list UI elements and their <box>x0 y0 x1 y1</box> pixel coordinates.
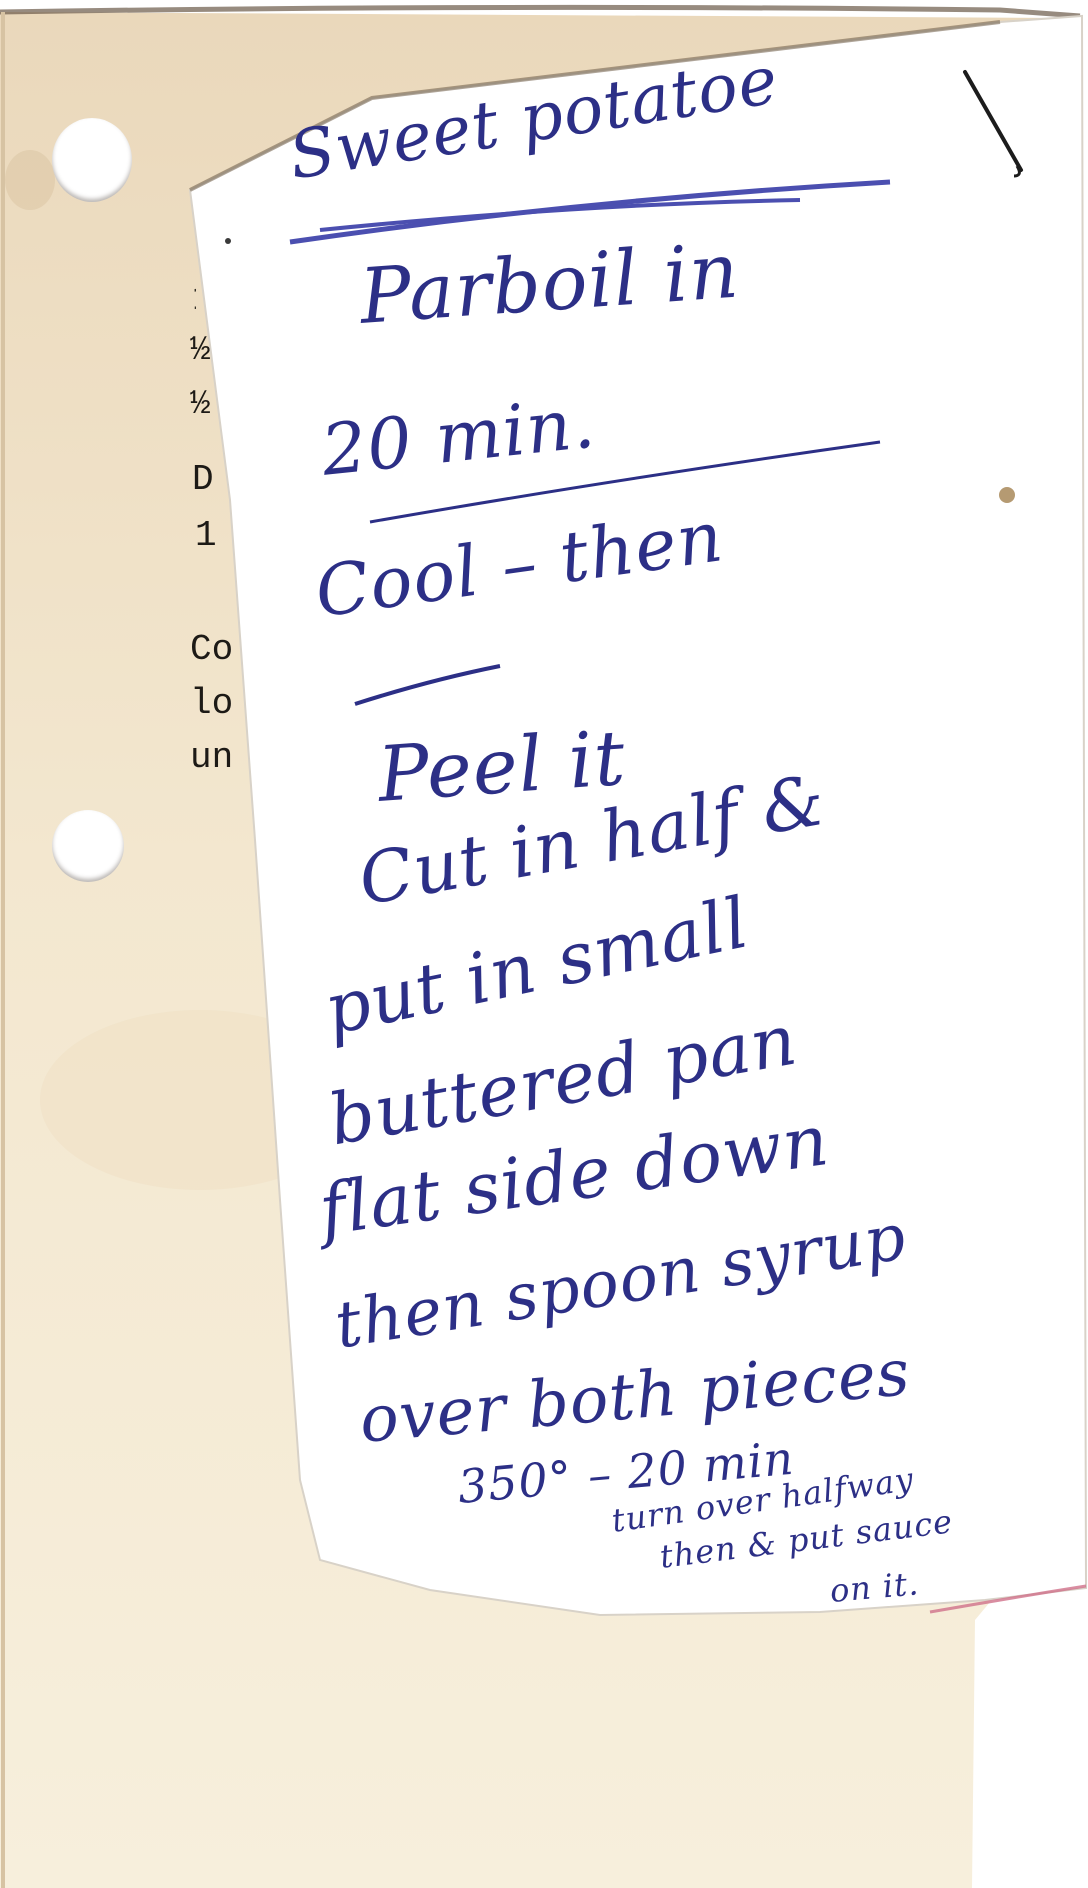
cool-underline <box>350 660 510 710</box>
staple-icon <box>955 60 1035 190</box>
scanned-document: 1 ½ ½ D 1 Co lo un Sweet potatoe Parboil… <box>0 0 1088 1888</box>
note-line-on-it: on it. <box>828 1564 920 1610</box>
